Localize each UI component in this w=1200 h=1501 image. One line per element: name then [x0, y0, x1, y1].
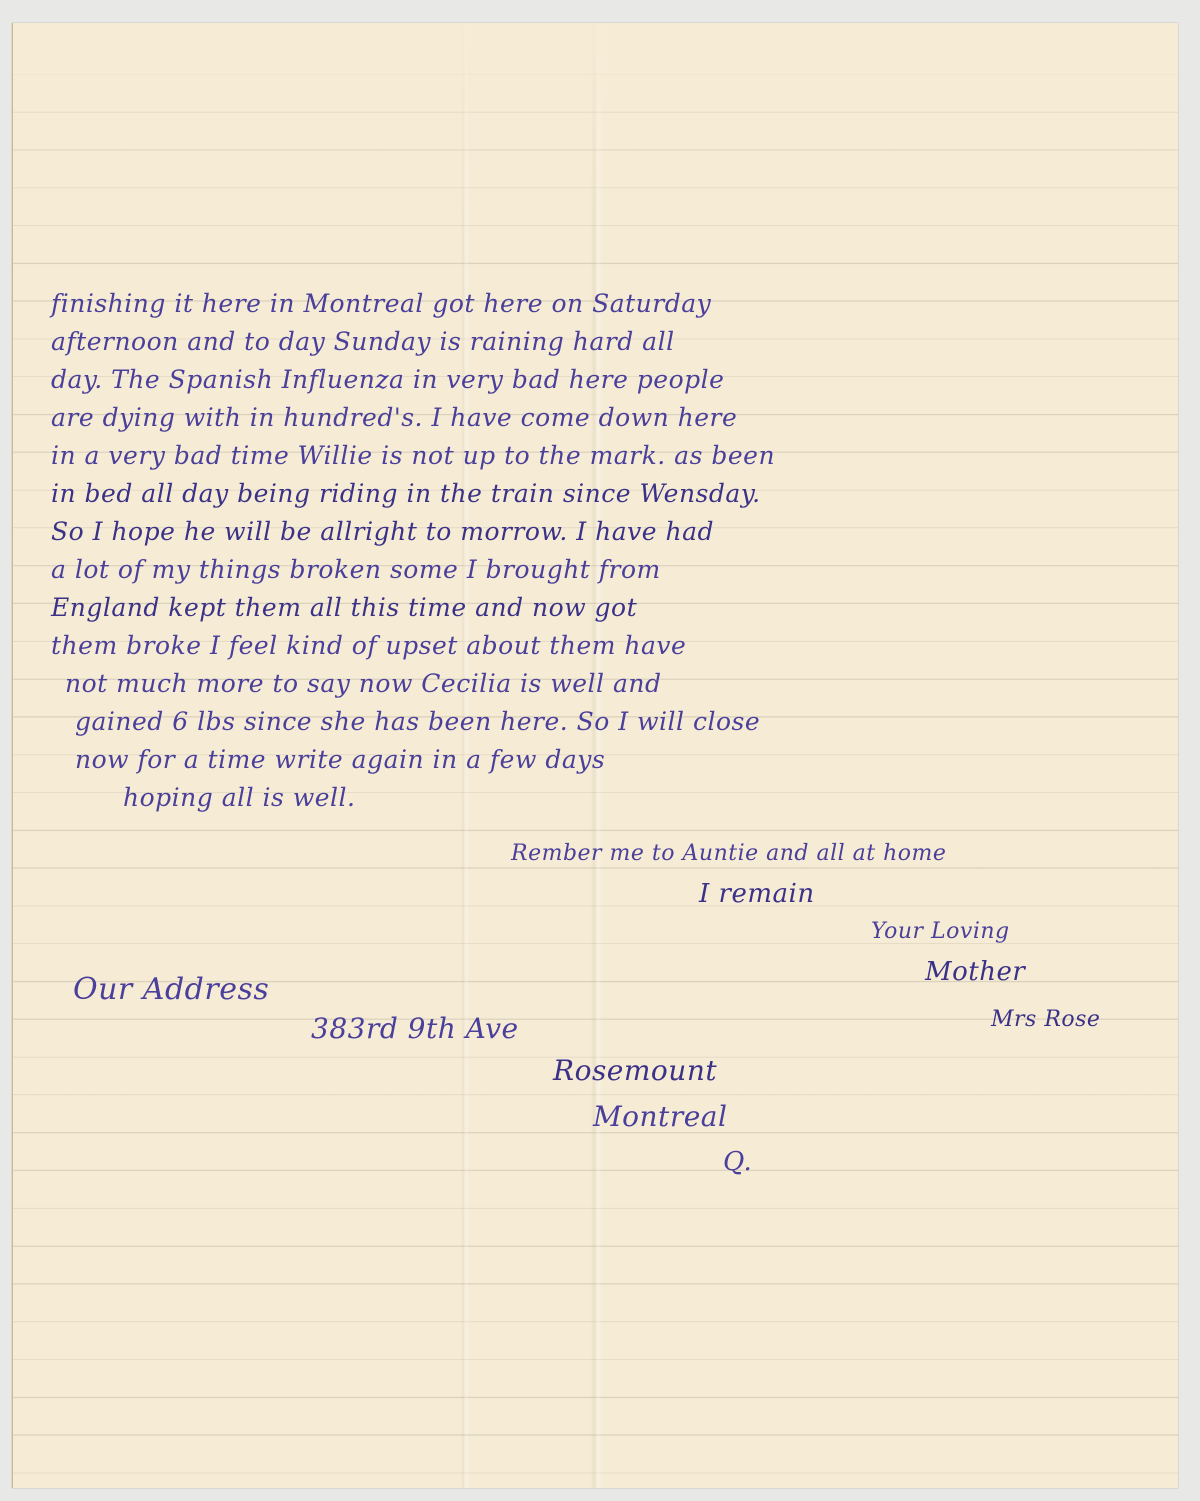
address-street: 383rd 9th Ave: [311, 1015, 519, 1043]
body-line-10: them broke I feel kind of upset about th…: [51, 633, 686, 658]
body-line-8: a lot of my things broken some I brought…: [51, 557, 661, 582]
body-line-14: hoping all is well.: [123, 785, 355, 810]
body-line-5: in a very bad time Willie is not up to t…: [51, 443, 775, 468]
body-line-6: in bed all day being riding in the train…: [51, 481, 761, 506]
body-line-4: are dying with in hundred's. I have come…: [51, 405, 737, 430]
body-line-3: day. The Spanish Influenza in very bad h…: [51, 367, 724, 392]
body-line-2: afternoon and to day Sunday is raining h…: [51, 329, 675, 354]
body-line-7: So I hope he will be allright to morrow.…: [51, 519, 714, 544]
address-label: Our Address: [73, 975, 269, 1005]
body-line-9: England kept them all this time and now …: [51, 595, 637, 620]
address-city: Montreal: [593, 1103, 727, 1131]
body-line-1: finishing it here in Montreal got here o…: [51, 291, 711, 316]
body-line-13: now for a time write again in a few days: [75, 747, 605, 772]
signature: Mrs Rose: [991, 1009, 1100, 1031]
address-province: Q.: [723, 1149, 752, 1175]
closing-remain: I remain: [699, 881, 815, 907]
address-district: Rosemount: [553, 1057, 717, 1085]
closing-your-loving: Your Loving: [871, 921, 1010, 943]
body-line-11: not much more to say now Cecilia is well…: [65, 671, 661, 696]
body-line-12: gained 6 lbs since she has been here. So…: [75, 709, 760, 734]
closing-mother: Mother: [925, 959, 1025, 985]
closing-remember: Rember me to Auntie and all at home: [511, 843, 946, 865]
letter-paper: finishing it here in Montreal got here o…: [12, 23, 1178, 1488]
